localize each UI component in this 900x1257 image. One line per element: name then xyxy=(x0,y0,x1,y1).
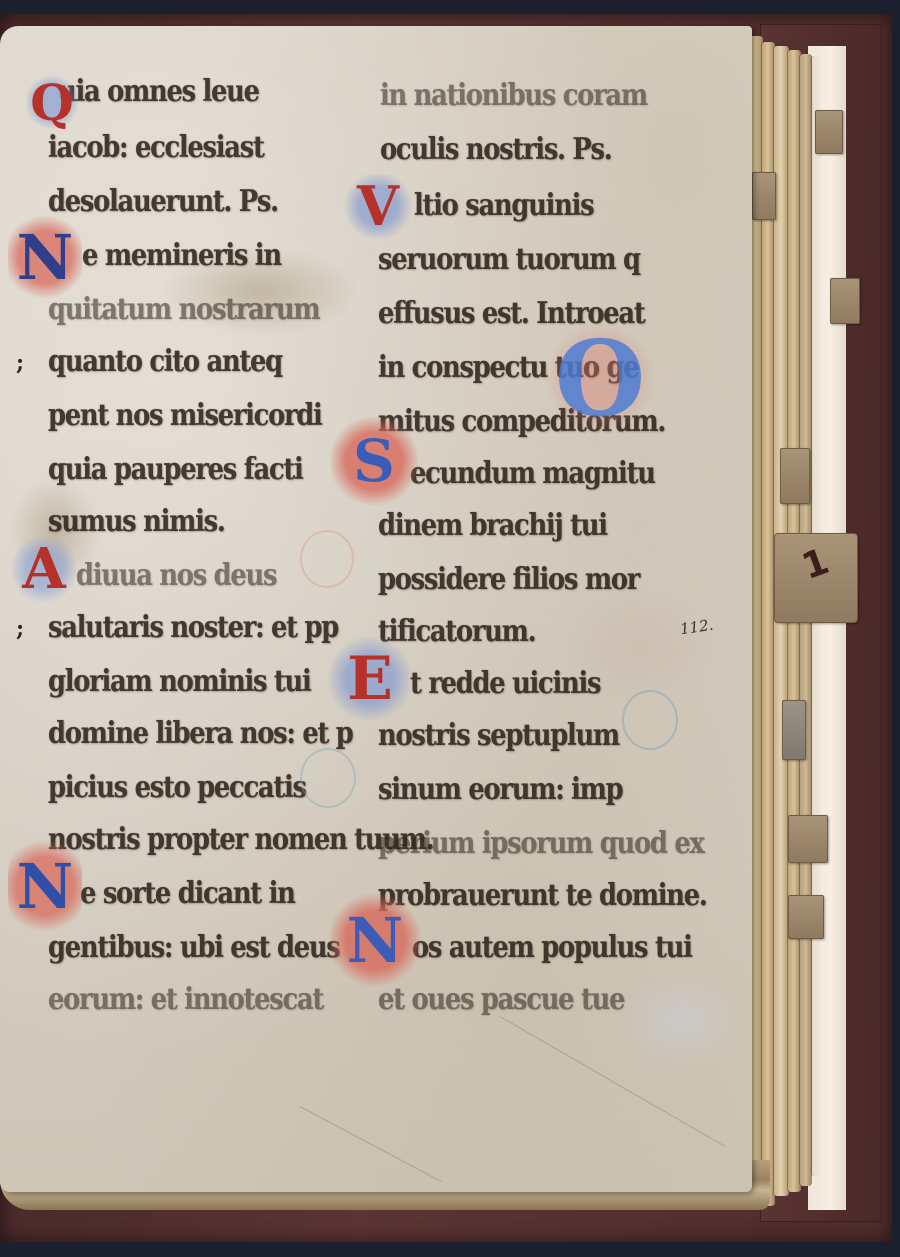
crease xyxy=(300,1106,442,1182)
text-line: uia omnes leue xyxy=(58,74,259,109)
initial-N: N xyxy=(330,892,420,988)
text-line: nostris septuplum xyxy=(378,718,619,753)
text-line: quia pauperes facti xyxy=(48,452,303,487)
initial-letter: N xyxy=(347,904,404,977)
text-line: oculis nostris. Ps. xyxy=(380,132,611,167)
text-line: perium ipsorum quod ex xyxy=(378,826,704,861)
initial-letter: N xyxy=(17,221,74,294)
manuscript-page: uia omnes leue iacob: ecclesiast desolau… xyxy=(0,26,752,1192)
text-line: quanto cito anteq xyxy=(48,344,282,379)
initial-Q: Q xyxy=(26,74,78,130)
marginal-mark: ; xyxy=(16,616,24,642)
marginal-mark: ; xyxy=(16,350,24,376)
offset-initial-ghost xyxy=(300,748,356,808)
initial-N: N xyxy=(8,834,82,938)
text-line: t redde uicinis xyxy=(410,666,600,701)
stain xyxy=(620,976,740,1066)
text-line: e memineris in xyxy=(82,238,281,273)
initial-N: N xyxy=(8,212,82,302)
text-line: desolauerunt. Ps. xyxy=(48,184,278,219)
text-line: nostris propter nomen tuum. xyxy=(48,822,433,857)
index-tab[interactable] xyxy=(752,172,776,220)
initial-letter: V xyxy=(357,174,399,238)
initial-S: S xyxy=(330,416,418,506)
text-line: gloriam nominis tui xyxy=(48,664,311,699)
text-line: ltio sanguinis xyxy=(414,188,593,223)
offset-initial-ghost xyxy=(622,690,678,750)
initial-E: E xyxy=(328,636,412,722)
initial-letter: Q xyxy=(30,73,74,132)
index-tab-numbered[interactable]: 1 xyxy=(774,533,858,623)
offset-initial-ghost xyxy=(300,530,354,588)
text-line: sinum eorum: imp xyxy=(378,772,622,807)
text-line: ecundum magnitu xyxy=(410,456,655,491)
index-tab[interactable] xyxy=(815,110,843,154)
show-through-initial-O: O xyxy=(545,322,655,434)
text-line: dinem brachij tui xyxy=(378,508,607,543)
text-line: domine libera nos: et p xyxy=(48,716,353,751)
initial-letter: S xyxy=(353,427,395,495)
text-line: gentibus: ubi est deus xyxy=(48,930,340,965)
text-line: in nationibus coram xyxy=(380,78,647,113)
tab-number: 1 xyxy=(797,541,835,588)
index-tab[interactable] xyxy=(788,895,824,939)
index-tab[interactable] xyxy=(780,448,810,504)
initial-letter: O xyxy=(555,317,646,440)
initial-letter: E xyxy=(347,644,393,714)
index-tab[interactable] xyxy=(830,278,860,324)
text-line: picius esto peccatis xyxy=(48,770,306,805)
initial-A: A xyxy=(12,534,76,604)
initial-letter: A xyxy=(22,536,65,602)
index-tab[interactable] xyxy=(782,700,806,760)
text-line: e sorte dicant in xyxy=(80,876,295,911)
text-line: possidere filios mor xyxy=(378,562,639,597)
text-line: pent nos misericordi xyxy=(48,398,322,433)
text-line: iacob: ecclesiast xyxy=(48,130,264,165)
index-tab[interactable] xyxy=(788,815,828,863)
text-line: probrauerunt te domine. xyxy=(378,878,707,913)
text-line: quitatum nostrarum xyxy=(48,292,319,327)
text-line: salutaris noster: et pp xyxy=(48,610,338,645)
text-line: os autem populus tui xyxy=(412,930,692,965)
initial-letter: N xyxy=(17,850,74,923)
text-line: seruorum tuorum q xyxy=(378,242,640,277)
text-line: diuua nos deus xyxy=(76,558,276,593)
initial-V: V xyxy=(342,174,414,238)
text-line: eorum: et innotescat xyxy=(48,982,323,1017)
